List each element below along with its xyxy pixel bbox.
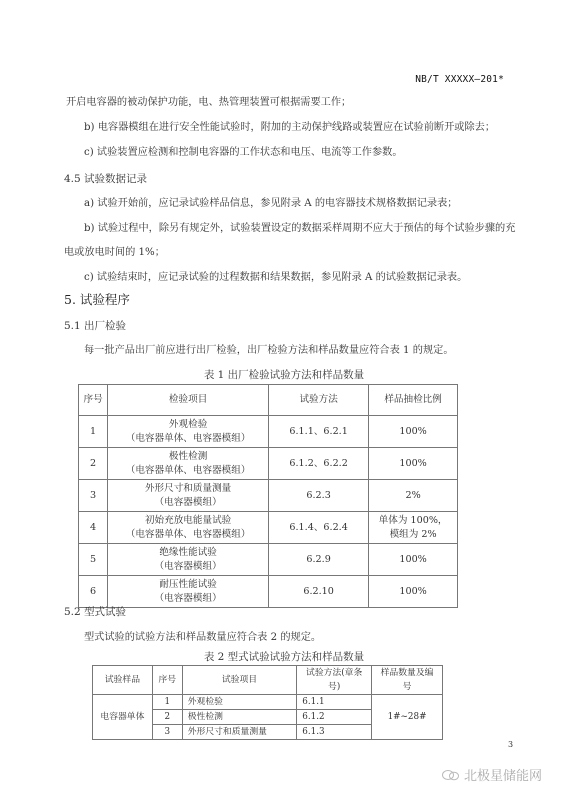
table-row: 4 初始充放电能量试验（电容器单体、电容器模组） 6.1.4、6.2.4 单体为… xyxy=(79,512,458,544)
item-name: 绝缘性能试验 xyxy=(108,546,268,560)
row-ratio: 单体为 100%，模组为 2% xyxy=(369,512,458,544)
table-row: 2 极性检测（电容器单体、电容器模组） 6.1.2、6.2.2 100% xyxy=(79,448,458,480)
table1-header-no: 序号 xyxy=(79,385,108,416)
item-scope: （电容器单体、电容器模组） xyxy=(108,528,268,542)
table2-header-item: 试验项目 xyxy=(182,666,297,695)
row-ratio: 100% xyxy=(369,576,458,608)
row-no: 1 xyxy=(152,695,182,710)
table-row: 6 耐压性能试验（电容器模组） 6.2.10 100% xyxy=(79,576,458,608)
section-4-5-item-a: a) 试验开始前，应记录试验样品信息，参见附录 A 的电容器技术规格数据记录表； xyxy=(84,197,458,211)
row-ratio: 100% xyxy=(369,448,458,480)
table1-header-method: 试验方法 xyxy=(269,385,369,416)
page-number: 3 xyxy=(508,740,513,749)
watermark-text: 北极星储能网 xyxy=(464,765,542,784)
row-no: 5 xyxy=(79,544,108,576)
section-5-1-text: 每一批产品出厂前应进行出厂检验，出厂检验方法和样品数量应符合表 1 的规定。 xyxy=(84,344,454,358)
paragraph-continuation: 开启电容器的被动保护功能，电、热管理装置可根据需要工作； xyxy=(66,96,351,110)
item-b: b) 电容器模组在进行安全性能试验时，附加的主动保护线路或装置应在试验前断开或除… xyxy=(84,121,495,135)
section-5-heading: 5. 试验程序 xyxy=(64,290,130,308)
document-code: NB/T XXXXX—201* xyxy=(415,74,504,85)
row-method: 6.2.10 xyxy=(269,576,369,608)
table1-header-ratio: 样品抽检比例 xyxy=(369,385,458,416)
row-method: 6.2.9 xyxy=(269,544,369,576)
row-no: 2 xyxy=(79,448,108,480)
table2-header-sample: 试验样品 xyxy=(93,666,153,695)
row-no: 2 xyxy=(152,710,182,725)
sample-ids: 1#~28# xyxy=(372,695,443,740)
table-row: 3 外形尺寸和质量测量（电容器模组） 6.2.3 2% xyxy=(79,480,458,512)
section-4-5-item-b-line1: b) 试验过程中，除另有规定外，试验装置设定的数据采样周期不应大于预估的每个试验… xyxy=(84,222,515,236)
table2-header-method: 试验方法(章条号) xyxy=(297,666,372,695)
row-item: 耐压性能试验（电容器模组） xyxy=(108,576,269,608)
item-scope: （电容器单体、电容器模组） xyxy=(108,432,268,446)
ratio-line2: 模组为 2% xyxy=(369,528,457,542)
row-method: 6.1.2 xyxy=(297,710,372,725)
sample-type: 电容器单体 xyxy=(93,695,153,740)
section-5-2-heading: 5.2 型式试验 xyxy=(64,604,126,619)
watermark: 北极星储能网 xyxy=(442,765,542,784)
table2-caption: 表 2 型式试验试验方法和样品数量 xyxy=(0,649,568,664)
item-scope: （电容器模组） xyxy=(108,496,268,510)
table-row: 1 外观检验（电容器单体、电容器模组） 6.1.1、6.2.1 100% xyxy=(79,416,458,448)
row-no: 1 xyxy=(79,416,108,448)
row-no: 4 xyxy=(79,512,108,544)
row-method: 6.1.2、6.2.2 xyxy=(269,448,369,480)
row-item: 外形尺寸和质量测量（电容器模组） xyxy=(108,480,269,512)
row-item: 极性检测（电容器单体、电容器模组） xyxy=(108,448,269,480)
section-5-2-text: 型式试验的试验方法和样品数量应符合表 2 的规定。 xyxy=(84,631,321,645)
table2: 试验样品 序号 试验项目 试验方法(章条号) 样品数量及编号 电容器单体 1 外… xyxy=(92,665,443,740)
row-ratio: 100% xyxy=(369,416,458,448)
row-method: 6.1.4、6.2.4 xyxy=(269,512,369,544)
table2-header-row: 试验样品 序号 试验项目 试验方法(章条号) 样品数量及编号 xyxy=(93,666,443,695)
table2-header-no: 序号 xyxy=(152,666,182,695)
wechat-icon xyxy=(442,769,460,781)
row-method: 6.1.1、6.2.1 xyxy=(269,416,369,448)
row-no: 3 xyxy=(152,725,182,740)
item-name: 外观检验 xyxy=(108,418,268,432)
row-no: 3 xyxy=(79,480,108,512)
item-scope: （电容器单体、电容器模组） xyxy=(108,464,268,478)
row-item: 外观检验 xyxy=(182,695,297,710)
row-item: 极性检测 xyxy=(182,710,297,725)
item-name: 外形尺寸和质量测量 xyxy=(108,482,268,496)
item-name: 耐压性能试验 xyxy=(108,578,268,592)
row-no: 6 xyxy=(79,576,108,608)
section-5-1-heading: 5.1 出厂检验 xyxy=(64,318,126,333)
section-4-5-heading: 4.5 试验数据记录 xyxy=(64,171,147,186)
row-method: 6.2.3 xyxy=(269,480,369,512)
item-c: c) 试验装置应检测和控制电容器的工作状态和电压、电流等工作参数。 xyxy=(84,146,403,160)
item-name: 极性检测 xyxy=(108,450,268,464)
row-method: 6.1.1 xyxy=(297,695,372,710)
table1-header-item: 检验项目 xyxy=(108,385,269,416)
ratio-line1: 单体为 100%， xyxy=(369,514,457,528)
row-item: 外观检验（电容器单体、电容器模组） xyxy=(108,416,269,448)
row-method: 6.1.3 xyxy=(297,725,372,740)
item-scope: （电容器模组） xyxy=(108,560,268,574)
row-item: 外形尺寸和质量测量 xyxy=(182,725,297,740)
table1-caption: 表 1 出厂检验试验方法和样品数量 xyxy=(0,367,568,382)
section-4-5-item-c: c) 试验结束时，应记录试验的过程数据和结果数据，参见附录 A 的试验数据记录表… xyxy=(84,271,467,285)
item-scope: （电容器模组） xyxy=(108,592,268,606)
section-4-5-item-b-line2: 电或放电时间的 1%； xyxy=(64,246,165,260)
item-name: 初始充放电能量试验 xyxy=(108,514,268,528)
row-ratio: 100% xyxy=(369,544,458,576)
row-item: 初始充放电能量试验（电容器单体、电容器模组） xyxy=(108,512,269,544)
row-ratio: 2% xyxy=(369,480,458,512)
table-row: 电容器单体 1 外观检验 6.1.1 1#~28# xyxy=(93,695,443,710)
table1: 序号 检验项目 试验方法 样品抽检比例 1 外观检验（电容器单体、电容器模组） … xyxy=(78,384,458,608)
table-row: 5 绝缘性能试验（电容器模组） 6.2.9 100% xyxy=(79,544,458,576)
row-item: 绝缘性能试验（电容器模组） xyxy=(108,544,269,576)
table2-header-ids: 样品数量及编号 xyxy=(372,666,443,695)
table1-header-row: 序号 检验项目 试验方法 样品抽检比例 xyxy=(79,385,458,416)
